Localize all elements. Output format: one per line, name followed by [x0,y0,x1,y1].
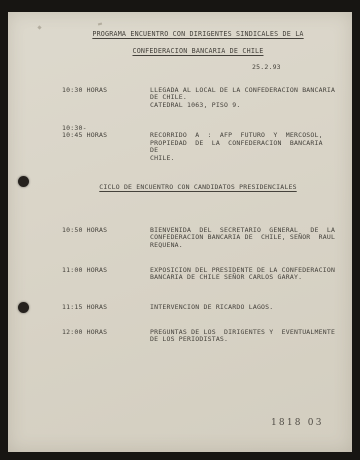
pencil-mark [98,23,102,26]
hole-punch-bottom [18,302,29,313]
scanned-page: PROGRAMA ENCUENTRO CON DIRIGENTES SINDIC… [8,12,352,452]
hole-punch-top [18,176,29,187]
schedule-time: 11:00 HORAS [62,267,144,274]
schedule-time: 10:30- 10:45 HORAS [62,125,144,140]
schedule-description: EXPOSICION DEL PRESIDENTE DE LA CONFEDER… [150,267,336,282]
schedule-time: 12:00 HORAS [62,329,144,336]
schedule-time: 10:30 HORAS [62,87,144,94]
archive-stamp: 1818 03 [271,418,324,428]
schedule-time: 11:15 HORAS [62,304,144,311]
document-title-line2: CONFEDERACION BANCARIA DE CHILE [58,48,338,55]
document-date: 25.2.93 [252,64,281,71]
schedule-time: 10:50 HORAS [62,227,144,234]
schedule-description: RECORRIDO A : AFP FUTURO Y MERCOSOL, PRO… [150,125,336,162]
schedule-description: INTERVENCION DE RICARDO LAGOS. [150,304,336,311]
schedule-description: LLEGADA AL LOCAL DE LA CONFEDERACION BAN… [150,87,336,109]
section-heading: CICLO DE ENCUENTRO CON CANDIDATOS PRESID… [58,184,338,191]
scan-background: PROGRAMA ENCUENTRO CON DIRIGENTES SINDIC… [0,0,360,460]
pencil-mark [37,25,41,29]
document-title-line1: PROGRAMA ENCUENTRO CON DIRIGENTES SINDIC… [58,31,338,38]
schedule-description: BIENVENIDA DEL SECRETARIO GENERAL DE LA … [150,227,336,249]
schedule-description: PREGUNTAS DE LOS DIRIGENTES Y EVENTUALME… [150,329,336,344]
